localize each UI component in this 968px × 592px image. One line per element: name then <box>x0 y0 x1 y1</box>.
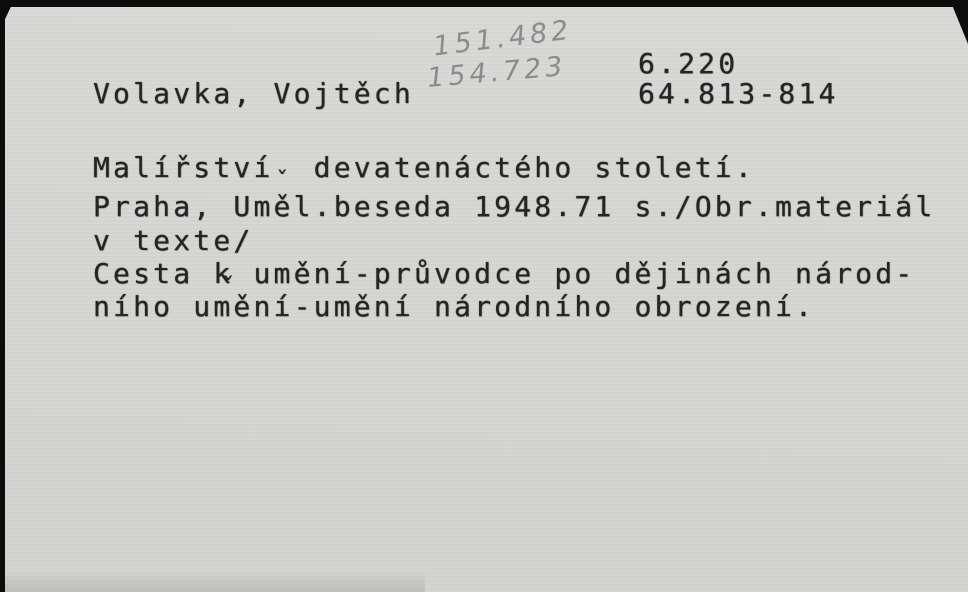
author-heading: Volavka, Vojtěch <box>93 77 414 110</box>
call-number-2: 64.813-814 <box>638 77 839 110</box>
catalog-card: 151.482 154.723 6.220 64.813-814 Volavka… <box>5 7 968 592</box>
stray-caron-mark-2: ˇ <box>221 273 235 301</box>
title-line: Malířství devatenáctého století. <box>93 151 755 184</box>
catalog-card-scan: 151.482 154.723 6.220 64.813-814 Volavka… <box>0 0 968 592</box>
scan-edge-top-right <box>950 0 968 44</box>
call-number-1: 6.220 <box>638 47 738 80</box>
scan-edge-top-left <box>0 0 14 30</box>
stray-caron-mark-1: ˇ <box>275 167 289 195</box>
imprint-continuation-line: v texte/ <box>93 224 253 257</box>
series-note-line-2: ního umění-umění národního obrození. <box>93 290 815 323</box>
bottom-edge-shadow <box>5 570 425 592</box>
imprint-line: Praha, Uměl.beseda 1948.71 s./Obr.materi… <box>93 190 935 223</box>
series-note-line-1: Cesta k umění-průvodce po dějinách národ… <box>93 257 915 290</box>
